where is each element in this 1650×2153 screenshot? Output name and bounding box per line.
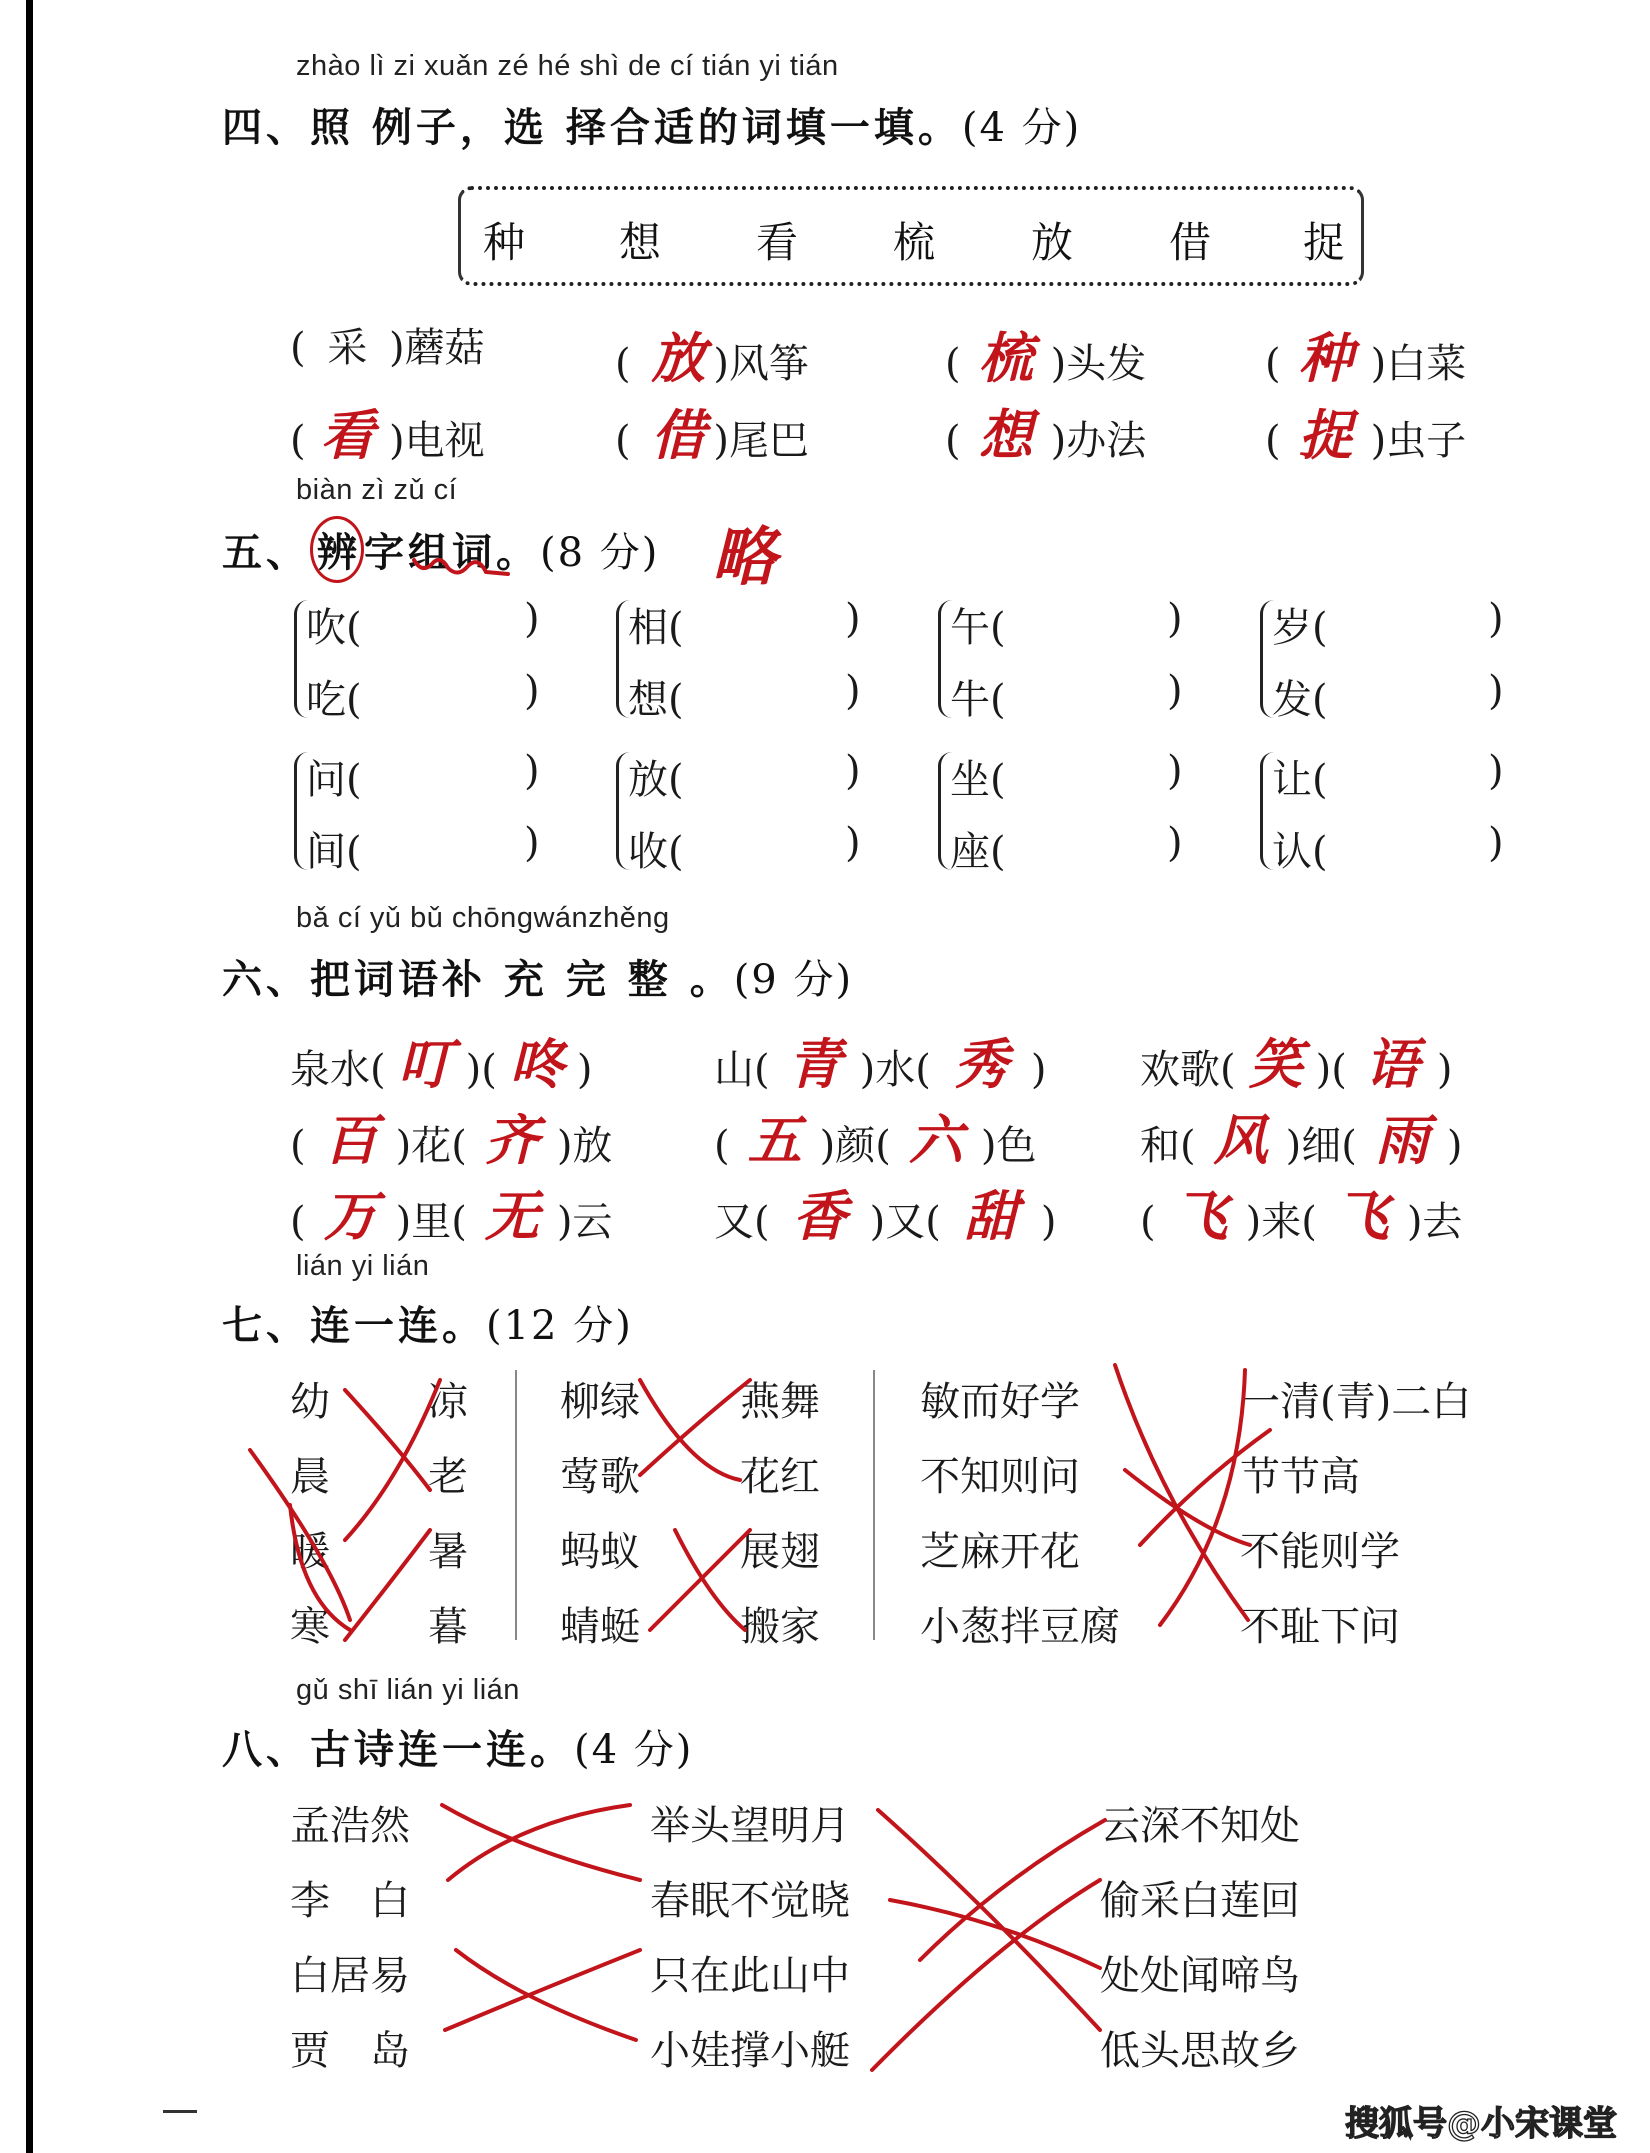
match-left-item[interactable]: 晨 xyxy=(290,1445,330,1502)
circled-char: 辨 xyxy=(310,516,364,583)
fill-word: 办法 xyxy=(1066,418,1146,464)
fill-answer-handwritten: 放 xyxy=(643,316,713,393)
poem-line-item[interactable]: 小娃撑小艇 xyxy=(650,2019,850,2076)
idiom-answer-handwritten: 飞 xyxy=(1317,1174,1407,1251)
pair-char: 问( xyxy=(306,748,362,805)
pair-char: 吃( xyxy=(306,668,362,725)
pair-close: ) xyxy=(1488,820,1504,866)
fill-answer-handwritten: 想 xyxy=(961,393,1051,470)
fill-word: 风筝 xyxy=(729,341,809,387)
fill-answer-handwritten: 看 xyxy=(318,393,376,470)
match-right-item[interactable]: 展翅 xyxy=(740,1520,820,1577)
idiom-item: (五)颜(六)色 xyxy=(714,1098,1036,1175)
section5-title: 五、辨字组词。(8 分) xyxy=(222,516,659,583)
fill-answer-handwritten: 种 xyxy=(1281,316,1371,393)
idiom-item: 又(香)又(甜) xyxy=(714,1174,1056,1251)
pair-char: 想( xyxy=(628,668,684,725)
section5-number: 五、 xyxy=(222,530,310,576)
match-right-item[interactable]: 不耻下问 xyxy=(1240,1595,1400,1652)
fill-answer-handwritten: 梳 xyxy=(961,316,1051,393)
section7-title: 七、连一连。(12 分) xyxy=(222,1294,633,1351)
pair-char: 让( xyxy=(1272,748,1328,805)
match-right-item[interactable]: 不能则学 xyxy=(1240,1520,1400,1577)
pair-char: 间( xyxy=(306,820,362,877)
section5-score: (8 分) xyxy=(540,530,659,576)
match-left-item[interactable]: 芝麻开花 xyxy=(920,1520,1080,1577)
match-right-item[interactable]: 暑 xyxy=(428,1520,468,1577)
pair-close: ) xyxy=(845,668,861,714)
match-right-item[interactable]: 节节高 xyxy=(1240,1445,1360,1502)
section8-pinyin: gǔ shī lián yi lián xyxy=(296,1674,520,1707)
match-right-item[interactable]: 搬家 xyxy=(740,1595,820,1652)
match-left-item[interactable]: 暖 xyxy=(290,1520,330,1577)
pair-char: 座( xyxy=(950,820,1006,877)
section6-score: (9 分) xyxy=(734,957,853,1003)
idiom-item: 和(风)细(雨) xyxy=(1140,1098,1462,1175)
idiom-answer-handwritten: 秀 xyxy=(931,1022,1031,1099)
section4-title-text: 四、照 例子，选 择合适的词填一填。 xyxy=(222,105,962,151)
match-left-item[interactable]: 寒 xyxy=(290,1595,330,1652)
idiom-item: (百)花(齐)放 xyxy=(290,1098,612,1175)
poem-line-item[interactable]: 只在此山中 xyxy=(650,1944,850,2001)
poem-line-item[interactable]: 云深不知处 xyxy=(1100,1794,1300,1851)
poet-item[interactable]: 白居易 xyxy=(290,1944,410,2001)
poem-line-item[interactable]: 举头望明月 xyxy=(650,1794,850,1851)
poem-line-item[interactable]: 春眠不觉晓 xyxy=(650,1869,850,1926)
section7-pinyin: lián yi lián xyxy=(296,1250,429,1283)
idiom-item: 泉水(叮)(咚) xyxy=(290,1022,592,1099)
match-left-item[interactable]: 柳绿 xyxy=(560,1370,640,1427)
idiom-answer-handwritten: 咚 xyxy=(497,1022,577,1099)
idiom-answer-handwritten: 五 xyxy=(730,1098,820,1175)
teacher-note-omitted: 略 xyxy=(712,506,776,598)
pair-close: ) xyxy=(1167,668,1183,714)
pair-close: ) xyxy=(1488,748,1504,794)
poet-item[interactable]: 李 白 xyxy=(290,1869,410,1926)
fill-word: 尾巴 xyxy=(729,418,809,464)
idiom-answer-handwritten: 语 xyxy=(1347,1022,1437,1099)
pair-close: ) xyxy=(1488,668,1504,714)
idiom-answer-handwritten: 香 xyxy=(770,1174,870,1251)
fill-answer-handwritten: 捉 xyxy=(1281,393,1371,470)
pair-close: ) xyxy=(1167,820,1183,866)
word-bank-item: 放 xyxy=(1031,210,1073,270)
word-bank-item: 借 xyxy=(1169,210,1211,270)
section5-title-rest: 字组词。 xyxy=(364,530,540,576)
match-right-item[interactable]: 老 xyxy=(428,1445,468,1502)
idiom-item: 欢歌(笑)(语) xyxy=(1140,1022,1452,1099)
column-divider xyxy=(873,1370,875,1640)
idiom-answer-handwritten: 百 xyxy=(306,1098,396,1175)
pair-char: 放( xyxy=(628,748,684,805)
idiom-answer-handwritten: 齐 xyxy=(467,1098,557,1175)
fill-answer-handwritten: 借 xyxy=(643,393,713,470)
fill-word: 白菜 xyxy=(1386,341,1466,387)
fill-item: ( 借)尾巴 xyxy=(615,393,809,470)
idiom-answer-handwritten: 叮 xyxy=(386,1022,466,1099)
match-left-item[interactable]: 小葱拌豆腐 xyxy=(920,1595,1120,1652)
match-left-item[interactable]: 蜻蜓 xyxy=(560,1595,640,1652)
idiom-answer-handwritten: 六 xyxy=(891,1098,981,1175)
match-left-item[interactable]: 不知则问 xyxy=(920,1445,1080,1502)
section6-title-text: 六、把词语补 充 完 整 。 xyxy=(222,957,734,1003)
poem-line-item[interactable]: 低头思故乡 xyxy=(1100,2019,1300,2076)
fill-word: 电视 xyxy=(405,418,485,464)
section8-title-text: 八、古诗连一连。 xyxy=(222,1727,574,1773)
pair-close: ) xyxy=(845,748,861,794)
pair-char: 坐( xyxy=(950,748,1006,805)
fill-item: ( 看 )电视 xyxy=(290,393,485,470)
poem-line-item[interactable]: 偷采白莲回 xyxy=(1100,1869,1300,1926)
match-left-item[interactable]: 幼 xyxy=(290,1370,330,1427)
fill-item: ( 采 )蘑菇 xyxy=(290,316,485,373)
word-bank-item: 梳 xyxy=(893,210,935,270)
fill-word: 头发 xyxy=(1066,341,1146,387)
word-bank-item: 看 xyxy=(756,210,798,270)
fill-item: (想)办法 xyxy=(945,393,1146,470)
pair-char: 午( xyxy=(950,596,1006,653)
fill-item: (捉)虫子 xyxy=(1265,393,1466,470)
section7-score: (12 分) xyxy=(486,1303,633,1349)
section4-score: (4 分) xyxy=(962,105,1081,151)
match-right-item[interactable]: 暮 xyxy=(428,1595,468,1652)
pair-close: ) xyxy=(1167,748,1183,794)
section8-title: 八、古诗连一连。(4 分) xyxy=(222,1718,693,1775)
pair-char: 认( xyxy=(1272,820,1328,877)
idiom-answer-handwritten: 青 xyxy=(770,1022,860,1099)
idiom-answer-handwritten: 雨 xyxy=(1357,1098,1447,1175)
fill-word: 蘑菇 xyxy=(405,325,485,371)
section6-title: 六、把词语补 充 完 整 。(9 分) xyxy=(222,948,853,1005)
pair-char: 发( xyxy=(1272,668,1328,725)
page-dash xyxy=(163,2110,197,2113)
pair-char: 岁( xyxy=(1272,596,1328,653)
fill-item: (梳)头发 xyxy=(945,316,1146,393)
word-bank-item: 捉 xyxy=(1303,210,1345,270)
pair-char: 收( xyxy=(628,820,684,877)
pair-char: 牛( xyxy=(950,668,1006,725)
fill-item: ( 放)风筝 xyxy=(615,316,809,393)
match-right-item[interactable]: 花红 xyxy=(740,1445,820,1502)
idiom-answer-handwritten: 风 xyxy=(1196,1098,1286,1175)
poet-item[interactable]: 孟浩然 xyxy=(290,1794,410,1851)
word-bank-item: 想 xyxy=(619,210,661,270)
word-bank-item: 种 xyxy=(483,210,525,270)
match-left-item[interactable]: 莺歌 xyxy=(560,1445,640,1502)
match-right-item[interactable]: 燕舞 xyxy=(740,1370,820,1427)
pair-char: 相( xyxy=(628,596,684,653)
match-left-item[interactable]: 敏而好学 xyxy=(920,1370,1080,1427)
pair-close: ) xyxy=(1488,596,1504,642)
pair-close: ) xyxy=(1167,596,1183,642)
idiom-answer-handwritten: 万 xyxy=(306,1174,396,1251)
section4-title: 四、照 例子，选 择合适的词填一填。(4 分) xyxy=(222,96,1081,153)
pair-close: ) xyxy=(524,748,540,794)
pair-close: ) xyxy=(845,596,861,642)
poet-item[interactable]: 贾 岛 xyxy=(290,2019,410,2076)
pair-close: ) xyxy=(524,668,540,714)
pair-close: ) xyxy=(524,596,540,642)
fill-answer: 采 xyxy=(318,316,376,373)
section8-score: (4 分) xyxy=(574,1727,693,1773)
watermark: 搜狐号@小宋课堂 xyxy=(1345,2096,1617,2145)
idiom-item: (万)里(无)云 xyxy=(290,1174,612,1251)
idiom-answer-handwritten: 飞 xyxy=(1156,1174,1246,1251)
match-right-item[interactable]: 凉 xyxy=(428,1370,468,1427)
fill-item: (种)白菜 xyxy=(1265,316,1466,393)
section4-pinyin: zhào lì zi xuǎn zé hé shì de cí tián yi … xyxy=(296,50,839,83)
poem-line-item[interactable]: 处处闻啼鸟 xyxy=(1100,1944,1300,2001)
idiom-answer-handwritten: 无 xyxy=(467,1174,557,1251)
fill-word: 虫子 xyxy=(1386,418,1466,464)
page-left-border xyxy=(26,0,33,2153)
pair-char: 吹( xyxy=(306,596,362,653)
section5-pinyin: biàn zì zǔ cí xyxy=(296,474,457,507)
match-left-item[interactable]: 蚂蚁 xyxy=(560,1520,640,1577)
section7-title-text: 七、连一连。 xyxy=(222,1303,486,1349)
idiom-answer-handwritten: 甜 xyxy=(941,1174,1041,1251)
idiom-item: 山(青)水(秀) xyxy=(714,1022,1046,1099)
pair-close: ) xyxy=(845,820,861,866)
idiom-item: (飞)来(飞)去 xyxy=(1140,1174,1462,1251)
column-divider xyxy=(515,1370,517,1640)
word-bank-box: 种 想 看 梳 放 借 捉 xyxy=(458,186,1364,286)
idiom-answer-handwritten: 笑 xyxy=(1236,1022,1316,1099)
pair-close: ) xyxy=(524,820,540,866)
match-right-item[interactable]: 一清(青)二白 xyxy=(1240,1370,1471,1427)
section6-pinyin: bǎ cí yǔ bǔ chōngwánzhěng xyxy=(296,902,670,935)
